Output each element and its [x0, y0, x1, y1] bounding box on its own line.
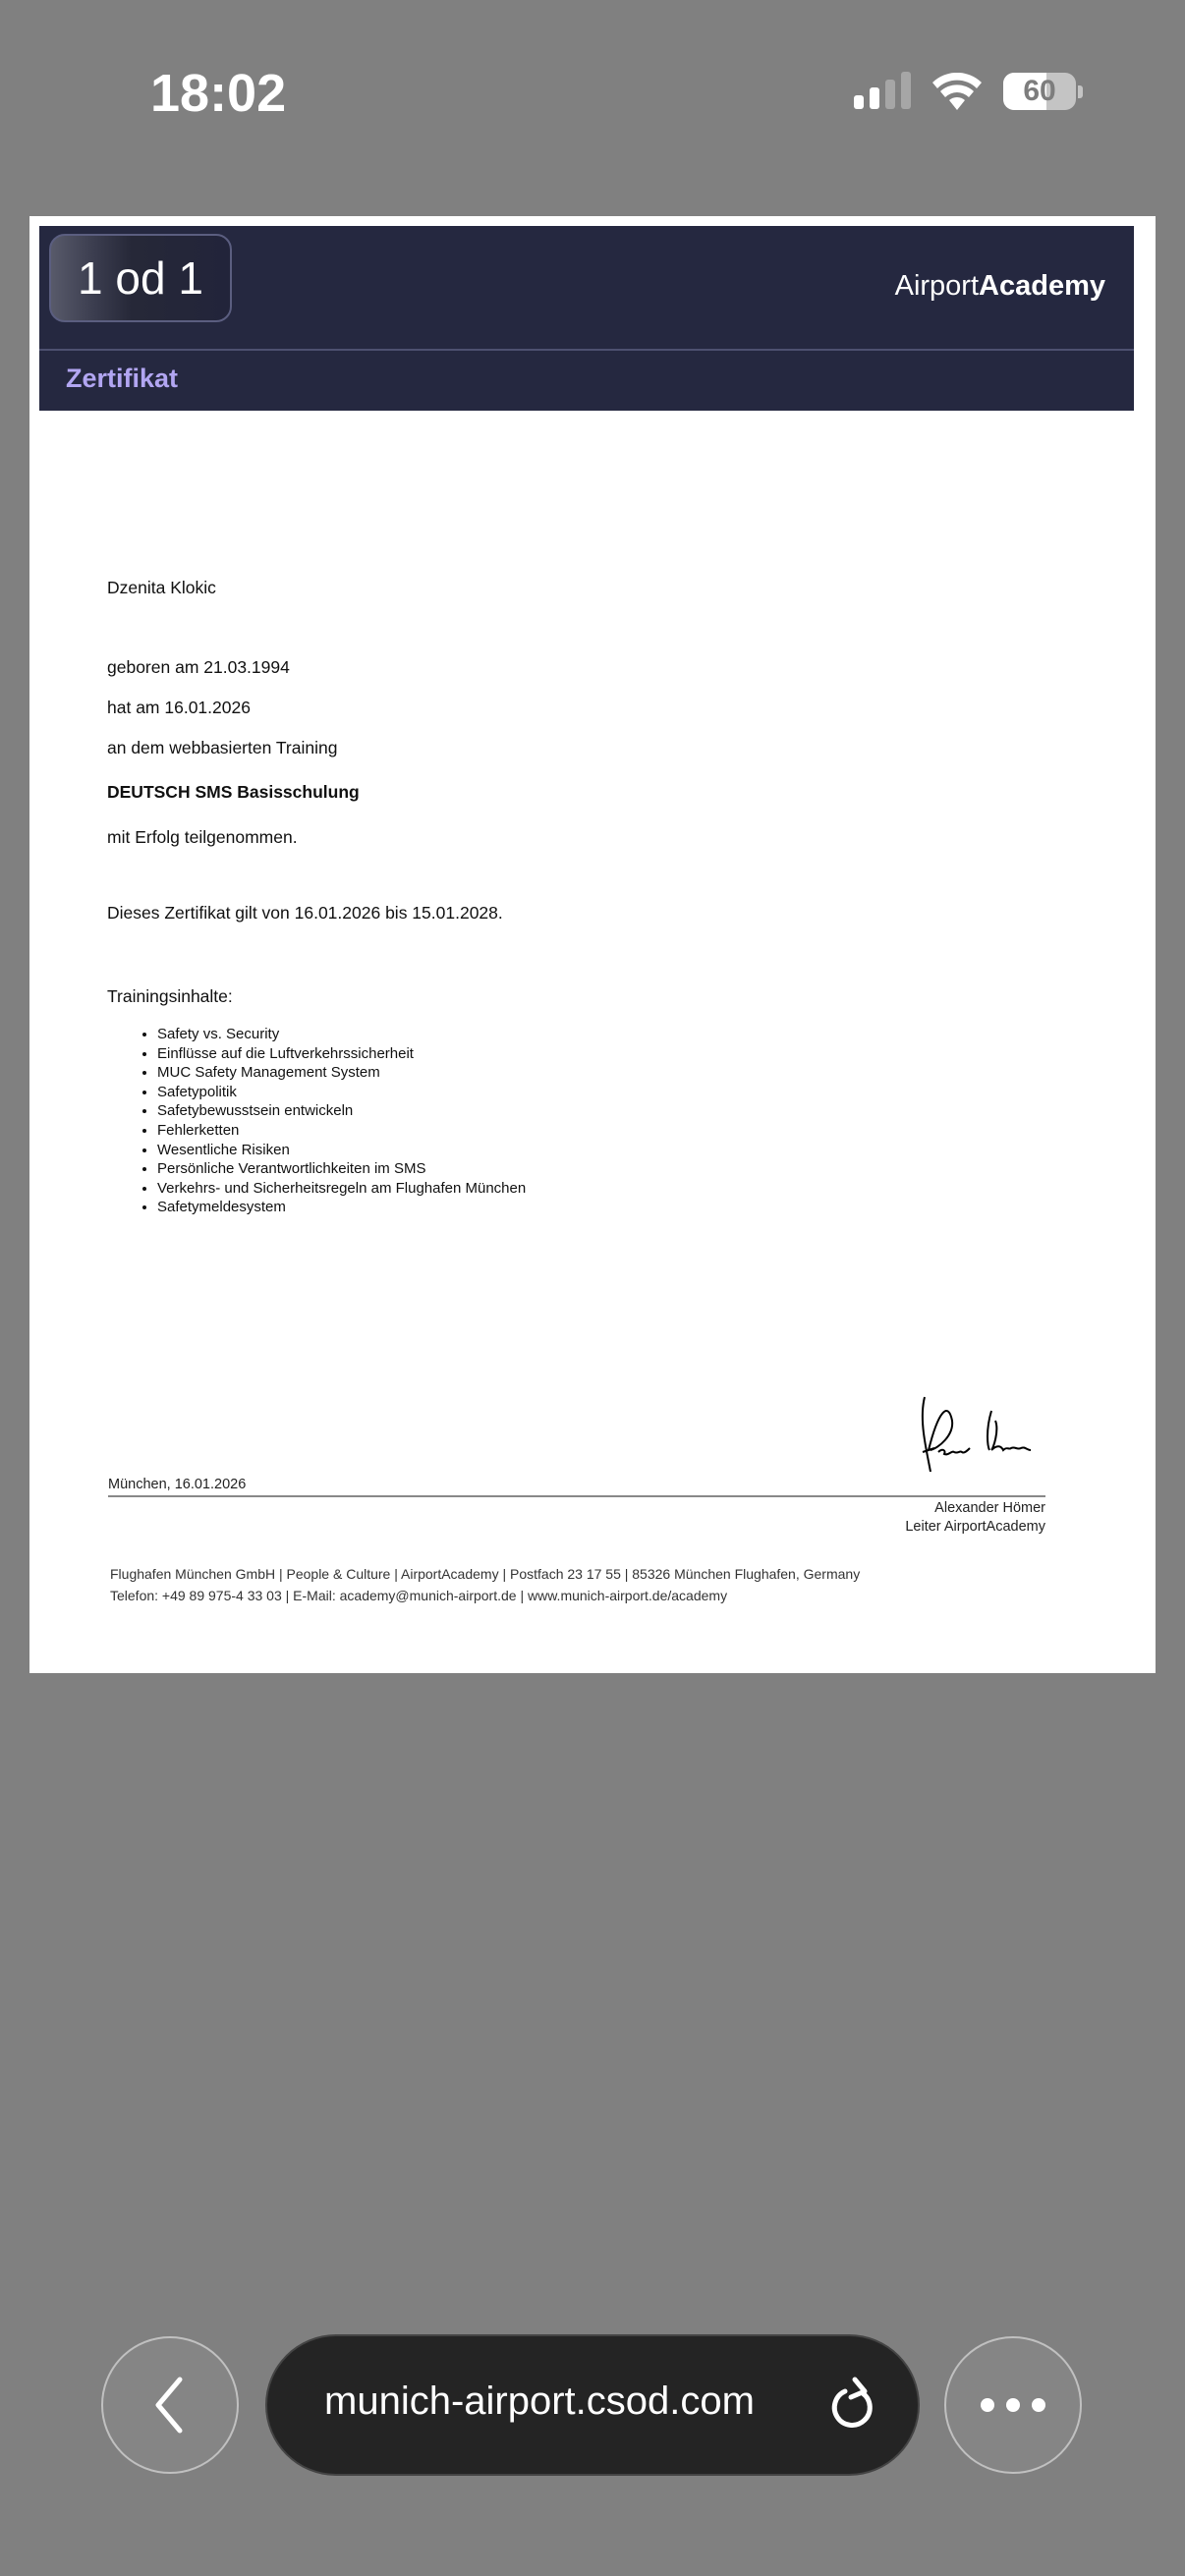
topic-item: Einflüsse auf die Luftverkehrssicherheit [157, 1044, 526, 1064]
birth-date: geboren am 21.03.1994 [107, 657, 290, 678]
battery-level: 60 [1023, 75, 1055, 108]
place-and-date: München, 16.01.2026 [108, 1477, 246, 1492]
status-time: 18:02 [150, 63, 286, 124]
footer-contact: Telefon: +49 89 975-4 33 03 | E-Mail: ac… [110, 1585, 860, 1606]
signer-name: Alexander Hömer [905, 1499, 1045, 1518]
topic-item: Safetypolitik [157, 1083, 526, 1102]
url-text[interactable]: munich-airport.csod.com [324, 2380, 755, 2424]
ellipsis-icon [981, 2398, 1045, 2412]
header-divider [39, 349, 1134, 351]
topic-item: Verkehrs- und Sicherheitsregeln am Flugh… [157, 1179, 526, 1199]
topic-item: MUC Safety Management System [157, 1063, 526, 1083]
recipient-name: Dzenita Klokic [107, 578, 216, 598]
wifi-icon [932, 73, 982, 110]
completion-date: hat am 16.01.2026 [107, 698, 251, 718]
signature-image [909, 1391, 1046, 1480]
course-name: DEUTSCH SMS Basisschulung [107, 782, 360, 803]
cellular-signal-icon [854, 74, 911, 109]
result-text: mit Erfolg teilgenommen. [107, 827, 298, 848]
validity-text: Dieses Zertifikat gilt von 16.01.2026 bi… [107, 903, 503, 924]
status-icons: 60 [854, 73, 1083, 110]
topics-list: Safety vs. Security Einflüsse auf die Lu… [124, 1025, 526, 1217]
signer-block: Alexander Hömer Leiter AirportAcademy [905, 1499, 1045, 1537]
topics-heading: Trainingsinhalte: [107, 986, 233, 1007]
page-indicator: 1 od 1 [49, 234, 232, 322]
certificate-page: AirportAcademy Zertifikat 1 od 1 Dzenita… [29, 216, 1156, 1673]
topic-item: Persönliche Verantwortlichkeiten im SMS [157, 1159, 526, 1179]
more-options-button[interactable] [944, 2336, 1082, 2474]
topic-item: Fehlerketten [157, 1121, 526, 1141]
back-button[interactable] [101, 2336, 239, 2474]
brand-logo: AirportAcademy [895, 270, 1105, 303]
reload-icon[interactable] [825, 2376, 880, 2435]
signature-line [108, 1495, 1045, 1497]
footer-address: Flughafen München GmbH | People & Cultur… [110, 1563, 860, 1585]
signer-title: Leiter AirportAcademy [905, 1518, 1045, 1537]
certificate-footer: Flughafen München GmbH | People & Cultur… [110, 1563, 860, 1606]
certificate-title: Zertifikat [66, 364, 178, 394]
chevron-left-icon [150, 2376, 190, 2435]
battery-icon: 60 [1003, 73, 1076, 110]
topic-item: Safetybewusstsein entwickeln [157, 1101, 526, 1121]
training-intro: an dem webbasierten Training [107, 738, 337, 758]
address-bar[interactable]: munich-airport.csod.com [267, 2336, 918, 2474]
topic-item: Wesentliche Risiken [157, 1141, 526, 1160]
topic-item: Safety vs. Security [157, 1025, 526, 1044]
topic-item: Safetymeldesystem [157, 1198, 526, 1217]
